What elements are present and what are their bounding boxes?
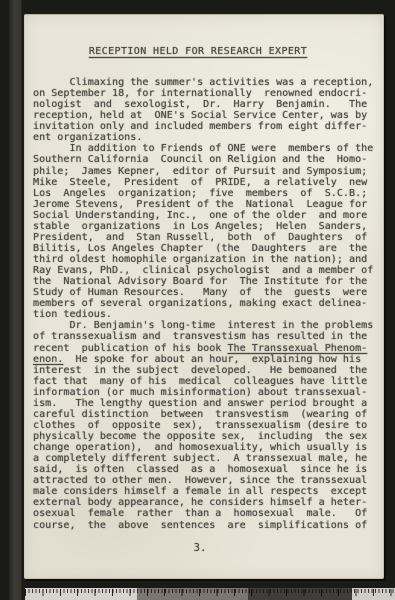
text-line: recent publication of his book The Trans… [33,343,373,354]
text-line: interest in the subject developed. He be… [33,365,373,376]
text-line: ism. The lengthy question and answer per… [33,398,373,409]
text-line: course, the above sentences are simplifi… [33,520,373,531]
document-body: Climaxing the summer's activities was a … [33,77,373,531]
paragraph: Dr. Benjamin's long-time interest in the… [33,320,373,530]
scanned-document: RECEPTION HELD FOR RESEARCH EXPERT Clima… [0,0,395,600]
text-line: phile; James Kepner, editor of Pursuit a… [33,166,373,177]
text-line: careful distinction between transvestism… [33,409,373,420]
scanner-ruler [25,588,395,600]
text-line: Los Angeles organization; five members o… [33,188,373,199]
document-page: RECEPTION HELD FOR RESEARCH EXPERT Clima… [24,14,384,579]
ruler-gray-segment [248,588,352,600]
text-line: stable organizations in Los Angeles; Hel… [33,221,373,232]
text-line: male considers himself a female in all r… [33,486,373,497]
text-line: of transsexualism and transvestism has r… [33,331,373,342]
text-line: reception, held at ONE's Social Service … [33,110,373,121]
text-line: Southern California Council on Religion … [33,154,373,165]
ruler-gray-segment [352,588,395,600]
ruler-gray-segment [25,588,137,600]
text-line: Dr. Benjamin's long-time interest in the… [33,320,373,331]
text-line: members of several organizations, making… [33,298,373,309]
text-line: Ray Evans, PhD., clinical psychologist a… [33,265,373,276]
text-line: said, is often classed as a homosexual s… [33,464,373,475]
text-line: external body appearance, he considers h… [33,497,373,508]
text-line: Climaxing the summer's activities was a … [33,77,373,88]
ruler-gray-segment [137,588,248,600]
text-line: change operation), and homosexuality, wh… [33,442,373,453]
text-line: Social Understanding, Inc., one of the o… [33,210,373,221]
book-gutter-shadow [9,0,23,600]
text-line: invitation only and included members fro… [33,121,373,132]
text-line: on September 18, for internationally ren… [33,88,373,99]
text-line: Mike Steele, President of PRIDE, a relat… [33,177,373,188]
paragraph: Climaxing the summer's activities was a … [33,77,373,143]
text-line: clothes of opposite sex), transsexualism… [33,420,373,431]
text-line: physically become the opposite sex, incl… [33,431,373,442]
text-line: the National Advisory Board for The Inst… [33,276,373,287]
text-line: In addition to Friends of ONE were membe… [33,143,373,154]
text-line: fact that many of his medical colleagues… [33,376,373,387]
text-line: Bilitis, Los Angeles Chapter (the Daught… [33,243,373,254]
text-line: Jerome Stevens, President of the Nationa… [33,199,373,210]
text-line: information (or much misinformation) abo… [33,387,373,398]
text-line: attracted to other men. However, since t… [33,475,373,486]
page-title: RECEPTION HELD FOR RESEARCH EXPERT [24,46,372,57]
text-line: President, and Stan Russell, both of Dau… [33,232,373,243]
text-line: osexual female rather than a homosexual … [33,508,373,519]
page-number: 3. [24,542,376,554]
text-line: Study of Human Resources. Many of the gu… [33,287,373,298]
text-line: ent organizations. [33,132,373,143]
text-line: third oldest homophile organization in t… [33,254,373,265]
text-line: tion tedious. [33,309,373,320]
text-line: nologist and sexologist, Dr. Harry Benja… [33,99,373,110]
text-line: enon. He spoke for about an hour, explai… [33,354,373,365]
text-line: a completely different subject. A transs… [33,453,373,464]
paragraph: In addition to Friends of ONE were membe… [33,143,373,320]
